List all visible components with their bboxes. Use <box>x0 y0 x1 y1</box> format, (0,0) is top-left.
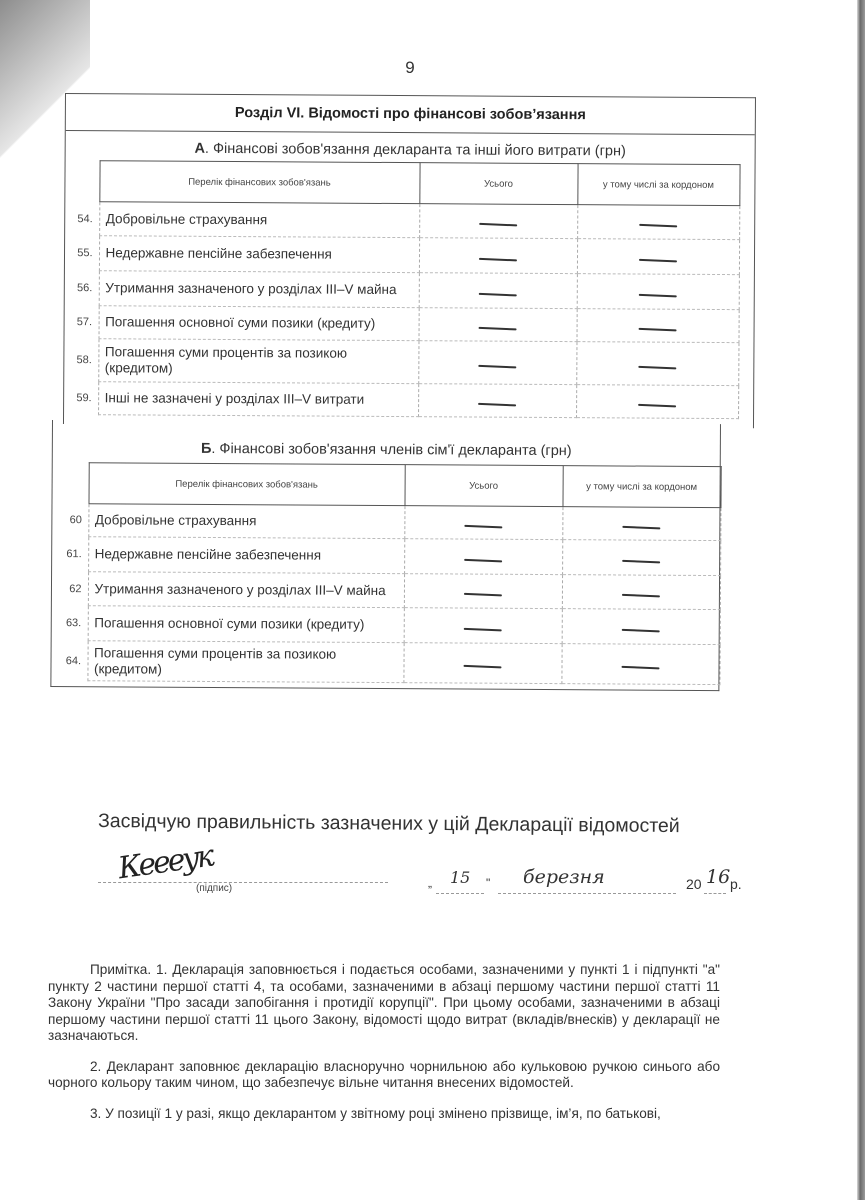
row-number: 62 <box>52 572 88 606</box>
row-number: 54. <box>69 202 99 236</box>
date-month: березня <box>523 866 605 888</box>
note-1: Примітка. 1. Декларація заповнюється і п… <box>48 962 720 1045</box>
date-close-quote: " <box>486 876 490 890</box>
table-row: 57.Погашення основної суми позики (креди… <box>69 306 739 343</box>
part-a-letter: А <box>194 141 205 157</box>
col-header-list: Перелік фінансових зобов'язань <box>88 463 404 506</box>
total-value <box>419 273 577 309</box>
row-number: 61. <box>52 537 88 572</box>
handwritten-dash <box>622 628 660 632</box>
page-number: 9 <box>0 58 820 78</box>
row-number: 64. <box>51 641 87 681</box>
row-number: 58. <box>68 339 98 382</box>
signature: Кеееук <box>116 839 214 887</box>
section-frame: Розділ VI. Відомості про фінансові зобов… <box>63 93 756 428</box>
handwritten-dash <box>639 327 677 331</box>
part-b-table: Перелік фінансових зобов'язань Усього у … <box>51 462 721 685</box>
handwritten-dash <box>464 627 502 631</box>
row-label: Утримання зазначеного у розділах III–V м… <box>99 271 419 308</box>
part-a-table: Перелік фінансових зобов'язань Усього у … <box>68 160 740 419</box>
handwritten-dash <box>479 257 517 261</box>
total-value <box>419 238 577 274</box>
row-number: 63. <box>52 606 88 641</box>
table-header: Перелік фінансових зобов'язань Усього у … <box>69 161 739 206</box>
row-label: Недержавне пенсійне забезпечення <box>88 537 404 574</box>
handwritten-dash <box>622 594 660 598</box>
table-row: 56.Утримання зазначеного у розділах III–… <box>69 271 739 310</box>
handwritten-dash <box>478 402 516 406</box>
part-a-title: А. Фінансові зобов'язання декларанта та … <box>66 140 755 160</box>
date-year-abbr: р. <box>730 876 742 892</box>
total-value <box>404 539 562 575</box>
num-header <box>52 463 88 504</box>
abroad-value <box>577 274 739 310</box>
month-line <box>498 893 676 894</box>
total-value <box>418 308 576 342</box>
abroad-value <box>562 540 720 576</box>
handwritten-dash <box>463 665 501 669</box>
table-row: 62Утримання зазначеного у розділах III–V… <box>52 572 720 610</box>
num-header <box>69 161 99 202</box>
abroad-value <box>577 239 739 275</box>
note-2: 2. Декларант заповнює декларацію власнор… <box>48 1059 720 1092</box>
scan-right-edge <box>857 0 865 1200</box>
date-year-prefix: 20 <box>686 876 702 892</box>
table-row: 60Добровільне страхування <box>52 504 720 541</box>
abroad-value <box>577 205 739 240</box>
total-value <box>418 384 576 418</box>
table-row: 64.Погашення суми процентів за позикою (… <box>51 641 719 685</box>
col-header-abroad: у тому числі за кордоном <box>562 466 720 508</box>
handwritten-dash <box>622 559 660 563</box>
row-label: Погашення основної суми позики (кредиту) <box>88 606 404 643</box>
handwritten-dash <box>639 293 677 297</box>
table-row: 55.Недержавне пенсійне забезпечення <box>69 236 739 275</box>
table-row: 59.Інші не зазначені у розділах III–V ви… <box>68 382 738 419</box>
part-b-title: Б. Фінансові зобов'язання членів сім'ї д… <box>53 440 720 460</box>
signing-date: „ 15 " березня 20 16 р. <box>428 868 738 898</box>
table-row: 54.Добровільне страхування <box>69 202 739 240</box>
row-number: 55. <box>69 236 99 271</box>
total-value <box>404 506 562 540</box>
row-number: 60 <box>52 504 88 537</box>
handwritten-dash <box>479 292 517 296</box>
col-header-total: Усього <box>404 465 562 507</box>
handwritten-dash <box>638 365 676 369</box>
table-header: Перелік фінансових зобов'язань Усього у … <box>52 463 720 508</box>
date-year-suffix: 16 <box>706 866 730 888</box>
col-header-list: Перелік фінансових зобов'язань <box>99 161 419 204</box>
col-header-total: Усього <box>419 163 577 205</box>
handwritten-dash <box>638 403 676 407</box>
total-value <box>418 341 576 385</box>
day-line <box>436 893 484 894</box>
part-b-letter: Б <box>201 441 212 457</box>
notes: Примітка. 1. Декларація заповнюється і п… <box>48 962 720 1136</box>
handwritten-dash <box>621 666 659 670</box>
table-row: 61.Недержавне пенсійне забезпечення <box>52 537 720 576</box>
row-label: Погашення основної суми позики (кредиту) <box>98 306 418 341</box>
row-label: Погашення суми процентів за позикою (кре… <box>87 641 403 683</box>
handwritten-dash <box>479 326 517 330</box>
part-a-title-text: . Фінансові зобов'язання декларанта та і… <box>205 141 626 160</box>
handwritten-dash <box>464 558 502 562</box>
abroad-value <box>562 609 720 645</box>
section-frame-lower: Б. Фінансові зобов'язання членів сім'ї д… <box>50 420 721 691</box>
abroad-value <box>576 342 738 386</box>
handwritten-dash <box>478 364 516 368</box>
section-title: Розділ VI. Відомості про фінансові зобов… <box>66 94 755 135</box>
row-number: 56. <box>69 271 99 306</box>
total-value <box>404 574 562 609</box>
date-open-quote: „ <box>428 876 432 890</box>
total-value <box>419 204 577 239</box>
table-row: 58.Погашення суми процентів за позикою (… <box>68 339 738 386</box>
attestation-statement: Засвідчую правильність зазначених у цій … <box>98 810 680 838</box>
row-label: Інші не зазначені у розділах III–V витра… <box>98 382 418 417</box>
handwritten-dash <box>622 525 660 529</box>
handwritten-dash <box>639 224 677 228</box>
abroad-value <box>562 575 720 610</box>
handwritten-dash <box>464 524 502 528</box>
row-label: Добровільне страхування <box>88 504 404 539</box>
handwritten-dash <box>464 593 502 597</box>
signature-line <box>98 882 388 883</box>
col-header-abroad: у тому числі за кордоном <box>577 164 739 206</box>
abroad-value <box>576 309 738 343</box>
row-label: Утримання зазначеного у розділах III–V м… <box>88 572 404 608</box>
row-number: 59. <box>68 382 98 415</box>
row-label: Недержавне пенсійне забезпечення <box>99 236 419 273</box>
date-day: 15 <box>450 868 470 887</box>
total-value <box>404 608 562 644</box>
abroad-value <box>562 507 720 541</box>
row-number: 57. <box>69 306 99 339</box>
year-line <box>704 893 726 894</box>
handwritten-dash <box>639 258 677 262</box>
abroad-value <box>561 644 719 685</box>
signature-caption: (підпис) <box>196 883 232 894</box>
abroad-value <box>576 385 738 419</box>
part-b-title-text: . Фінансові зобов'язання членів сім'ї де… <box>211 441 571 459</box>
row-label: Добровільне страхування <box>99 202 419 238</box>
table-row: 63.Погашення основної суми позики (креди… <box>52 606 720 645</box>
row-label: Погашення суми процентів за позикою (кре… <box>98 339 418 384</box>
handwritten-dash <box>479 223 517 227</box>
total-value <box>403 643 561 684</box>
note-3: 3. У позиції 1 у разі, якщо декларантом … <box>48 1106 720 1123</box>
